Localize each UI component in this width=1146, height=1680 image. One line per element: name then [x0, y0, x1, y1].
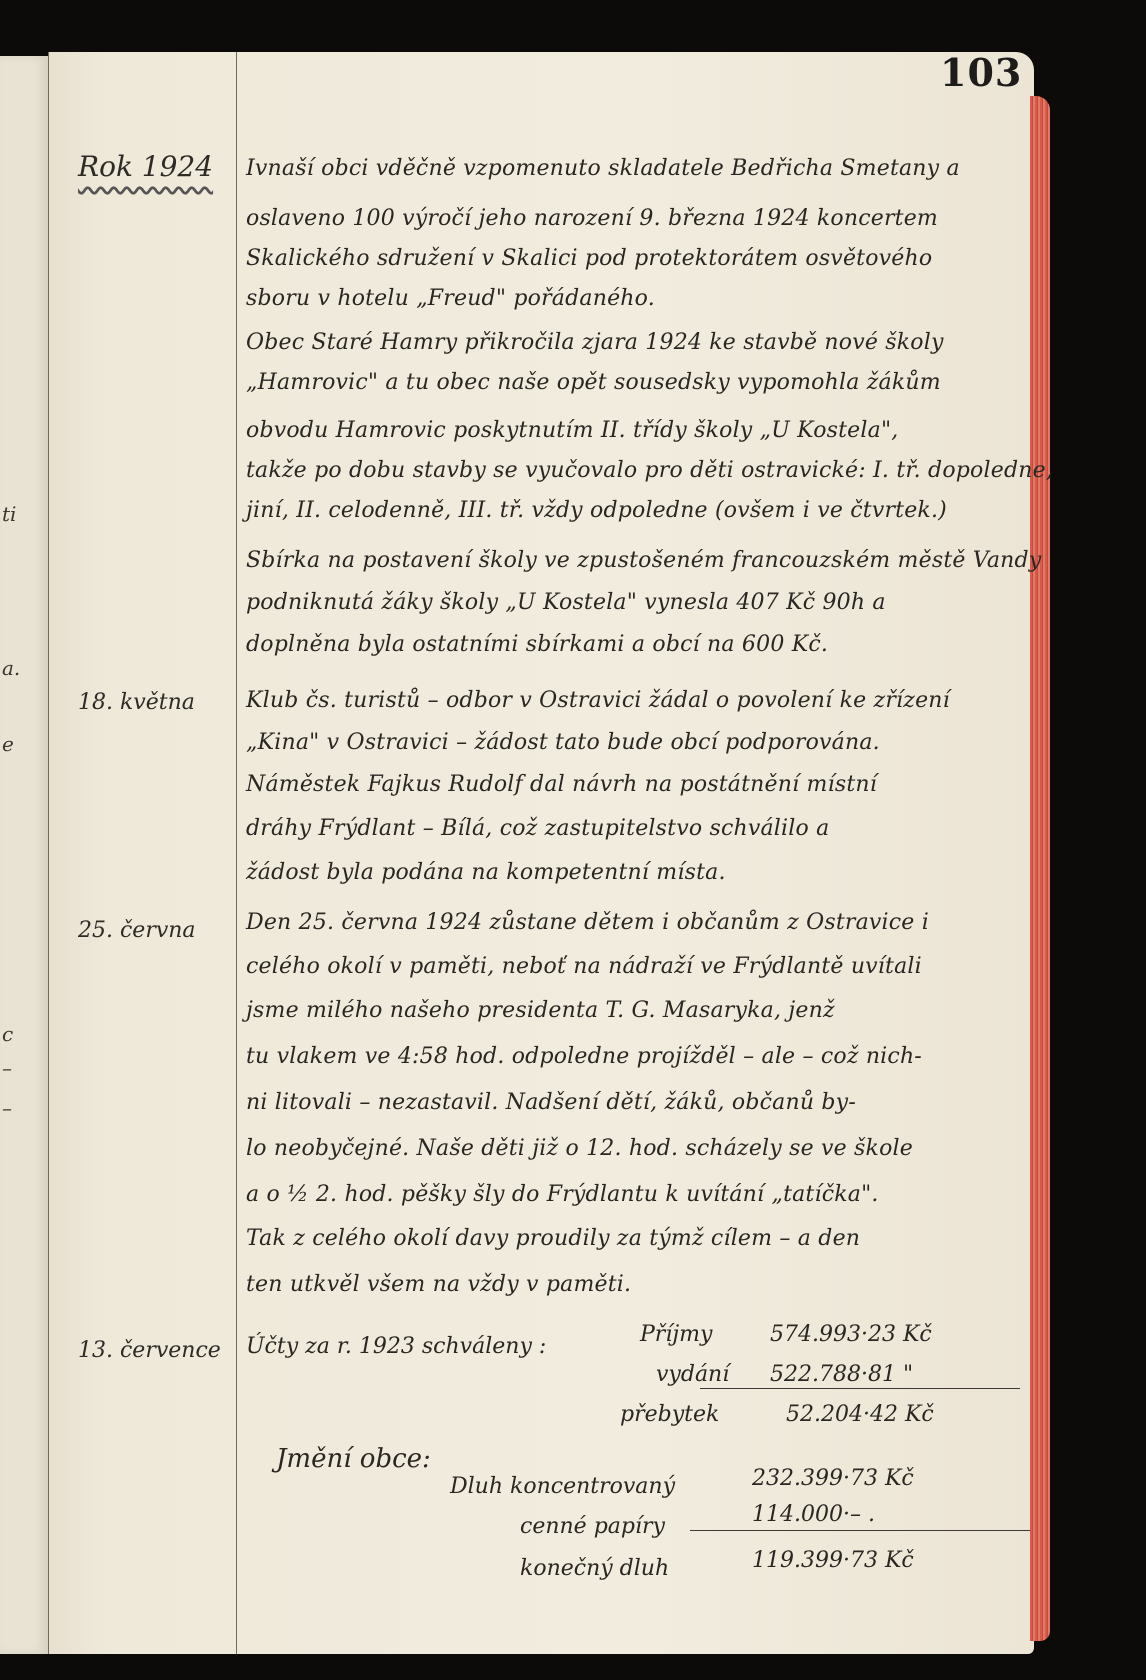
margin-date: 25. června	[78, 918, 228, 943]
property-label: cenné papíry	[520, 1514, 665, 1539]
property-label: Dluh koncentrovaný	[450, 1474, 675, 1499]
text-line: celého okolí v paměti, neboť na nádraží …	[246, 954, 1036, 979]
left-fragment: e	[2, 732, 14, 756]
text-line: ni litovali – nezastavil. Nadšení dětí, …	[246, 1090, 1036, 1115]
text-line: tu vlakem ve 4:58 hod. odpoledne projížd…	[246, 1044, 1036, 1069]
text-line: doplněna byla ostatními sbírkami a obcí …	[246, 632, 1036, 657]
text-line: oslaveno 100 výročí jeho narození 9. bře…	[246, 206, 1036, 231]
text-line: jiní, II. celodenně, III. tř. vždy odpol…	[246, 498, 1036, 523]
text-line: Tak z celého okolí davy proudily za týmž…	[246, 1226, 1036, 1251]
accounts-heading: Účty za r. 1923 schváleny :	[246, 1334, 546, 1359]
text-line: Sbírka na postavení školy ve zpustošeném…	[246, 548, 1036, 573]
text-line: „Kina" v Ostravici – žádost tato bude ob…	[246, 730, 1036, 755]
text-line: Ivnaší obci vděčně vzpomenuto skladatele…	[246, 156, 1036, 181]
property-value: 232.399·73 Kč	[752, 1466, 914, 1491]
account-label: přebytek	[620, 1402, 719, 1427]
text-line: Náměstek Fajkus Rudolf dal návrh na post…	[246, 772, 1036, 797]
margin-date: 13. července	[78, 1338, 228, 1363]
text-line: Obec Staré Hamry přikročila zjara 1924 k…	[246, 330, 1036, 355]
account-value: 52.204·42 Kč	[786, 1402, 934, 1427]
property-value: 119.399·73 Kč	[752, 1548, 914, 1573]
margin-date: 18. května	[78, 690, 228, 715]
property-label: konečný dluh	[520, 1556, 669, 1581]
text-line: podniknutá žáky školy „U Kostela" vynesl…	[246, 590, 1036, 615]
left-fragment: c	[2, 1022, 13, 1046]
property-heading: Jmění obce:	[276, 1444, 431, 1474]
text-line: „Hamrovic" a tu obec naše opět sousedsky…	[246, 370, 1036, 395]
account-value: 574.993·23 Kč	[770, 1322, 932, 1347]
account-label: vydání	[656, 1362, 729, 1387]
text-line: a o ½ 2. hod. pěšky šly do Frýdlantu k u…	[246, 1182, 1036, 1207]
text-line: jsme milého našeho presidenta T. G. Masa…	[246, 998, 1036, 1023]
margin-rule	[236, 52, 237, 1654]
text-line: dráhy Frýdlant – Bílá, což zastupitelstv…	[246, 816, 1036, 841]
left-fragment: a.	[2, 656, 20, 680]
sum-rule	[700, 1388, 1020, 1389]
page-gutter-line	[48, 52, 49, 1654]
left-page-edge: ti a. e c – –	[0, 56, 49, 1654]
text-line: Skalického sdružení v Skalici pod protek…	[246, 246, 1036, 271]
page-number: 103	[940, 50, 1022, 95]
left-fragment: ti	[2, 502, 16, 526]
text-line: sboru v hotelu „Freud" pořádaného.	[246, 286, 1036, 311]
text-line: takže po dobu stavby se vyučovalo pro dě…	[246, 458, 1036, 483]
text-line: Klub čs. turistů – odbor v Ostravici žád…	[246, 688, 1036, 713]
text-line: ten utkvěl všem na vždy v paměti.	[246, 1272, 1036, 1297]
account-label: Příjmy	[640, 1322, 712, 1347]
account-value: 522.788·81 "	[770, 1362, 913, 1387]
text-line: Den 25. června 1924 zůstane dětem i obča…	[246, 910, 1036, 935]
left-fragment: –	[2, 1096, 12, 1120]
sum-rule	[690, 1530, 1030, 1531]
property-value: 114.000·– .	[752, 1502, 875, 1527]
year-label: Rok 1924	[78, 150, 228, 183]
text-line: obvodu Hamrovic poskytnutím II. třídy šk…	[246, 418, 1036, 443]
text-line: žádost byla podána na kompetentní místa.	[246, 860, 1036, 885]
text-line: lo neobyčejné. Naše děti již o 12. hod. …	[246, 1136, 1036, 1161]
left-fragment: –	[2, 1056, 12, 1080]
